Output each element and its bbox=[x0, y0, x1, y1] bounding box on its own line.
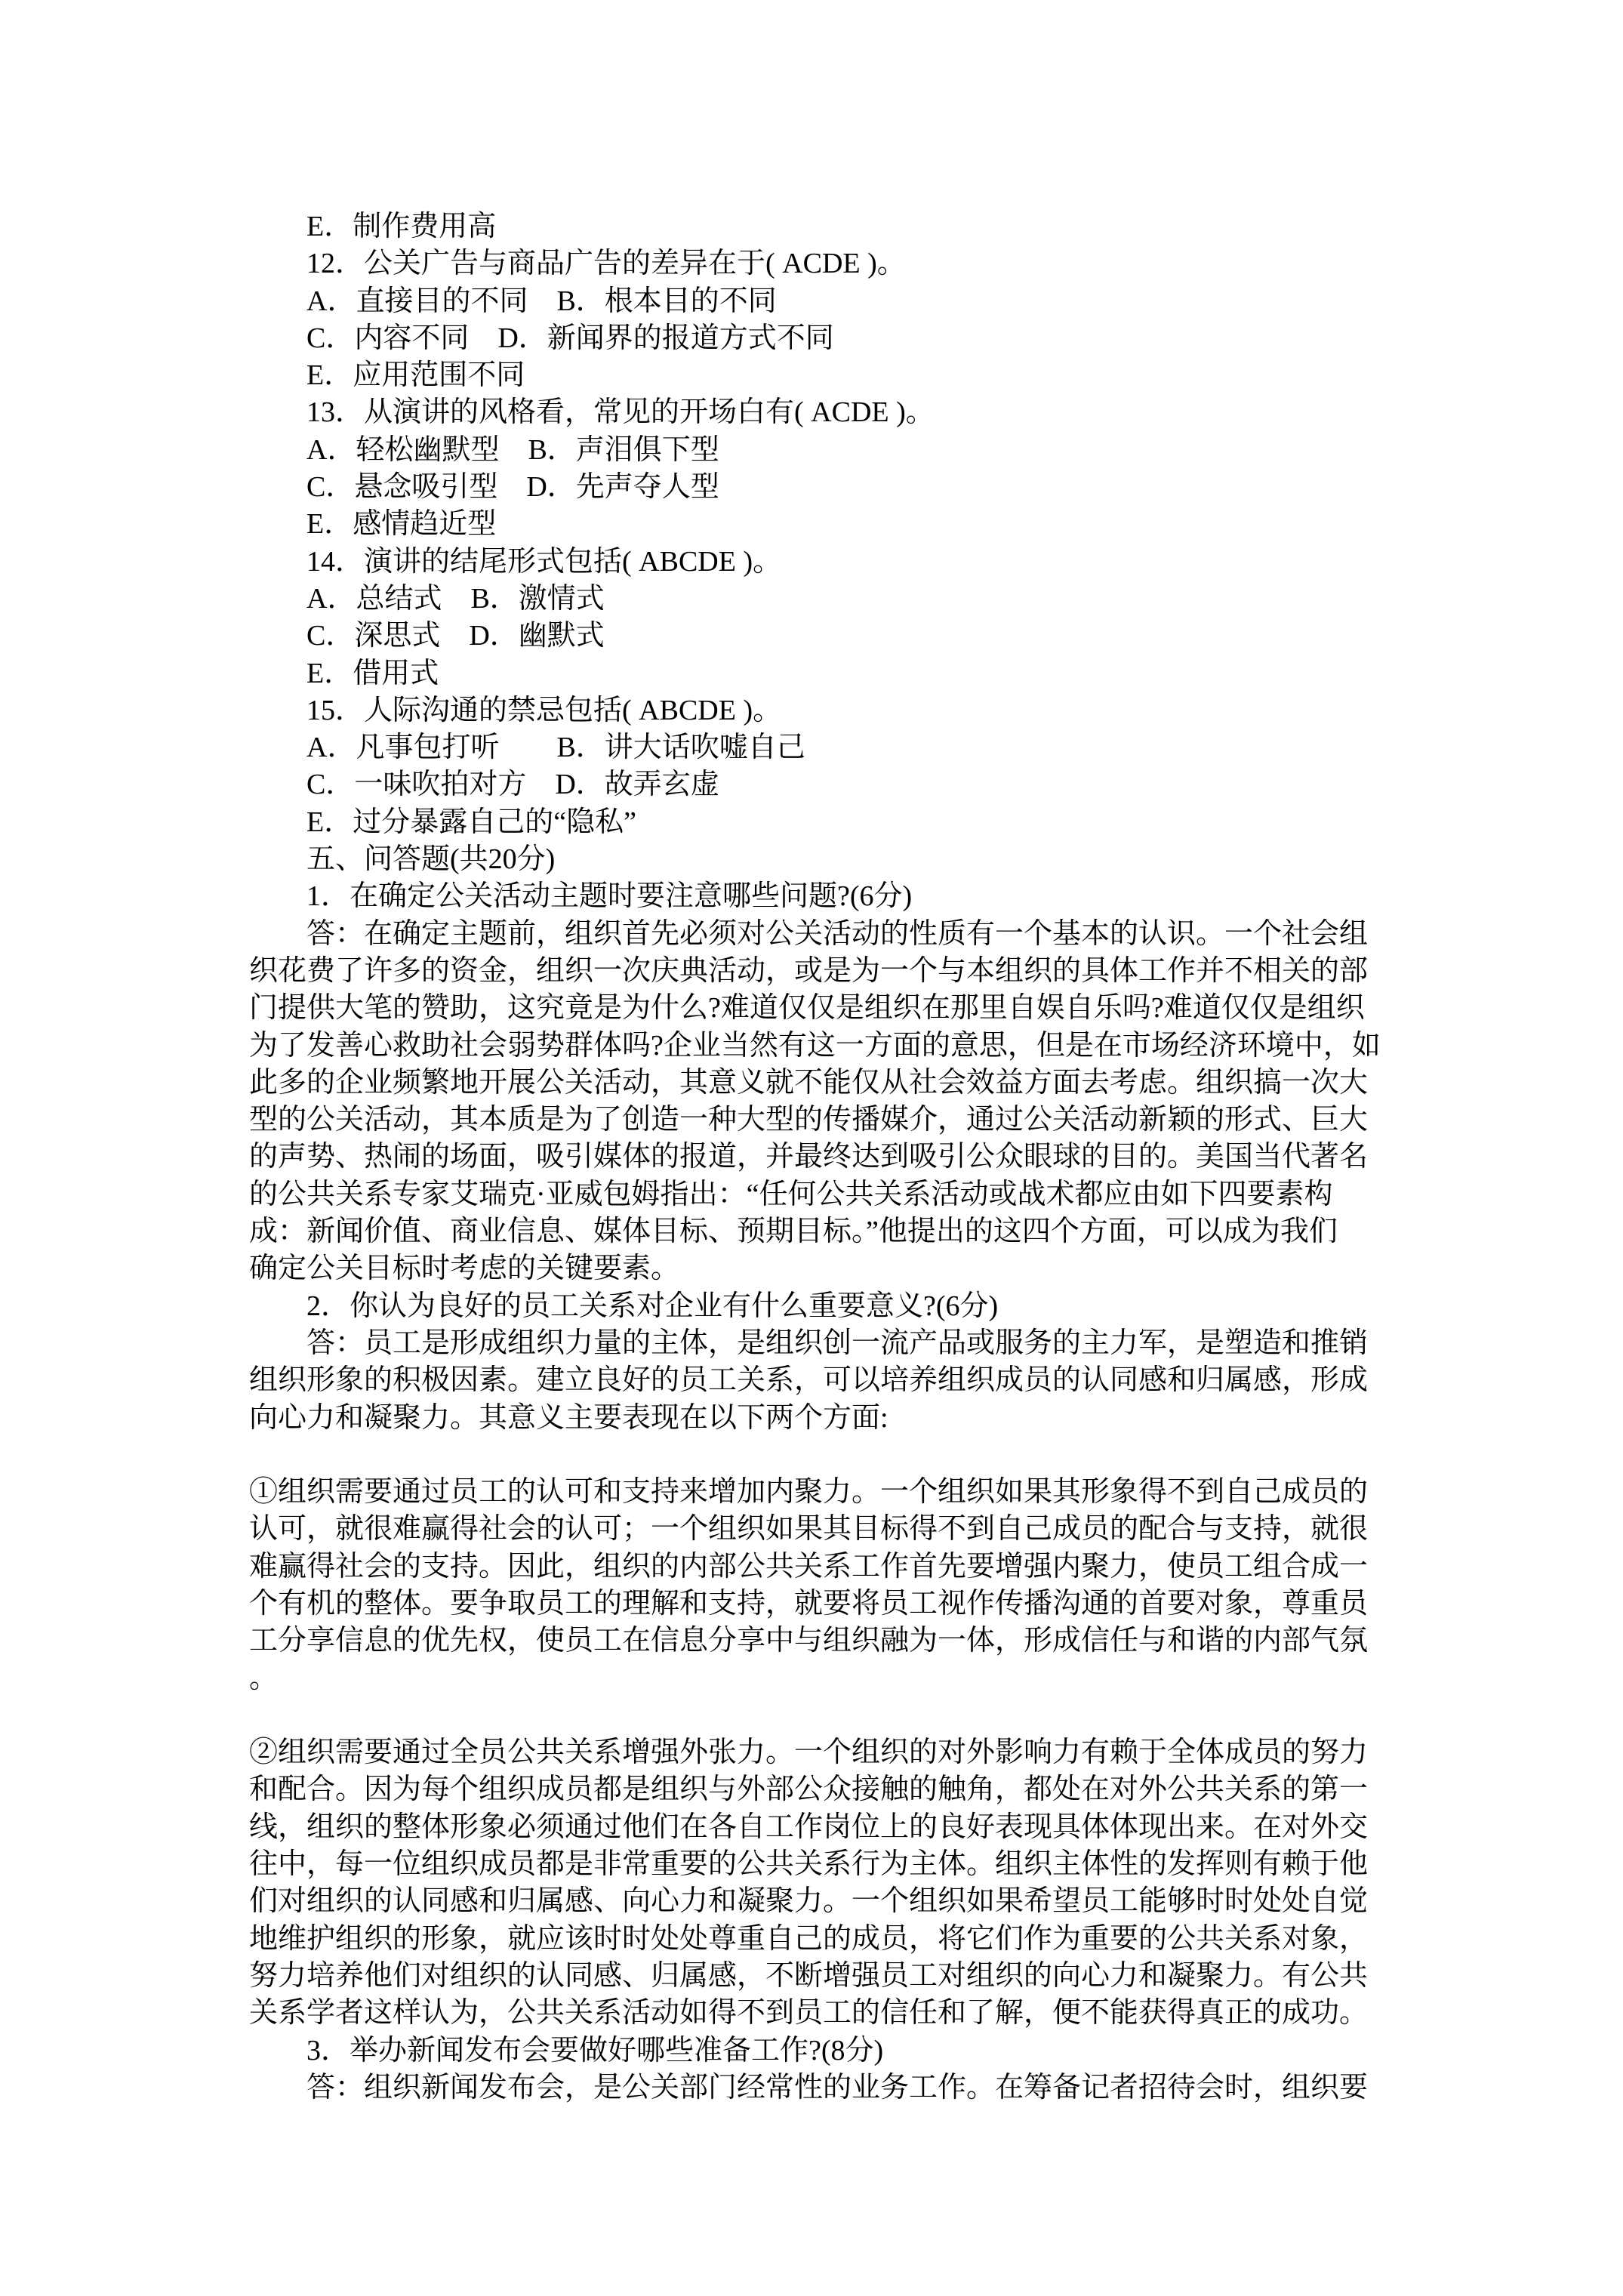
text-line: 向心力和凝聚力。其意义主要表现在以下两个方面: bbox=[249, 1400, 1374, 1437]
text-line: 的公共关系专家艾瑞克·亚威包姆指出：“任何公共关系活动或战术都应由如下四要素构 bbox=[249, 1176, 1374, 1213]
text-line: C．内容不同 D．新闻界的报道方式不同 bbox=[249, 320, 1374, 357]
document-page: E．制作费用高12．公关广告与商品广告的差异在于( ACDE )。A．直接目的不… bbox=[0, 0, 1623, 2296]
text-line: 答：在确定主题前，组织首先必须对公关活动的性质有一个基本的认识。一个社会组 bbox=[249, 916, 1374, 953]
text-line: 3．举办新闻发布会要做好哪些准备工作?(8分) bbox=[249, 2032, 1374, 2069]
text-line: E．感情趋近型 bbox=[249, 506, 1374, 543]
text-line: 们对组织的认同感和归属感、向心力和凝聚力。一个组织如果希望员工能够时时处处自觉 bbox=[249, 1883, 1374, 1920]
text-line: 型的公关活动，其本质是为了创造一种大型的传播媒介，通过公关活动新颖的形式、巨大 bbox=[249, 1102, 1374, 1139]
text-line: E．应用范围不同 bbox=[249, 357, 1374, 394]
text-line: 此多的企业频繁地开展公关活动，其意义就不能仅从社会效益方面去考虑。组织搞一次大 bbox=[249, 1065, 1374, 1102]
text-line: 答：组织新闻发布会，是公关部门经常性的业务工作。在筹备记者招待会时，组织要 bbox=[249, 2069, 1374, 2106]
text-line: 14．演讲的结尾形式包括( ABCDE )。 bbox=[249, 544, 1374, 581]
text-line: C．悬念吸引型 D．先声夺人型 bbox=[249, 469, 1374, 506]
text-line: C．一味吹拍对方 D．故弄玄虚 bbox=[249, 766, 1374, 803]
text-line: 难赢得社会的支持。因此，组织的内部公共关系工作首先要增强内聚力，使员工组合成一 bbox=[249, 1549, 1374, 1586]
text-line: 组织形象的积极因素。建立良好的员工关系，可以培养组织成员的认同感和归属感，形成 bbox=[249, 1362, 1374, 1399]
text-line: 12．公关广告与商品广告的差异在于( ACDE )。 bbox=[249, 245, 1374, 282]
text-line: 和配合。因为每个组织成员都是组织与外部公众接触的触角，都处在对外公共关系的第一 bbox=[249, 1771, 1374, 1808]
text-line: 认可，就很难赢得社会的认可；一个组织如果其目标得不到自己成员的配合与支持，就很 bbox=[249, 1511, 1374, 1548]
text-line: 工分享信息的优先权，使员工在信息分享中与组织融为一体，形成信任与和谐的内部气氛 bbox=[249, 1623, 1374, 1660]
text-line: E．过分暴露自己的“隐私” bbox=[249, 804, 1374, 841]
text-line: 门提供大笔的赞助，这究竟是为什么?难道仅仅是组织在那里自娱自乐吗?难道仅仅是组织 bbox=[249, 990, 1374, 1027]
text-line: 努力培养他们对组织的认同感、归属感，不断增强员工对组织的向心力和凝聚力。有公共 bbox=[249, 1958, 1374, 1995]
blank-line bbox=[249, 1697, 1374, 1734]
text-line: 确定公关目标时考虑的关键要素。 bbox=[249, 1250, 1374, 1287]
text-line: A．直接目的不同 B．根本目的不同 bbox=[249, 283, 1374, 320]
text-line: 13．从演讲的风格看，常见的开场白有( ACDE )。 bbox=[249, 394, 1374, 431]
text-line: 2．你认为良好的员工关系对企业有什么重要意义?(6分) bbox=[249, 1288, 1374, 1325]
text-line: 成：新闻价值、商业信息、媒体目标、预期目标。”他提出的这四个方面，可以成为我们 bbox=[249, 1213, 1374, 1250]
text-line: 五、问答题(共20分) bbox=[249, 841, 1374, 878]
text-line: 的声势、热闹的场面，吸引媒体的报道，并最终达到吸引公众眼球的目的。美国当代著名 bbox=[249, 1139, 1374, 1176]
text-line: E．制作费用高 bbox=[249, 208, 1374, 245]
text-line: 15．人际沟通的禁忌包括( ABCDE )。 bbox=[249, 692, 1374, 729]
text-line: 。 bbox=[249, 1660, 1374, 1697]
text-lines: E．制作费用高12．公关广告与商品广告的差异在于( ACDE )。A．直接目的不… bbox=[249, 208, 1374, 2106]
text-line: E．借用式 bbox=[249, 655, 1374, 692]
text-line: A．轻松幽默型 B．声泪俱下型 bbox=[249, 432, 1374, 469]
text-line: ①组织需要通过员工的认可和支持来增加内聚力。一个组织如果其形象得不到自己成员的 bbox=[249, 1474, 1374, 1511]
text-line: A．总结式 B．激情式 bbox=[249, 581, 1374, 618]
text-line: 织花费了许多的资金，组织一次庆典活动，或是为一个与本组织的具体工作并不相关的部 bbox=[249, 953, 1374, 990]
text-line: 个有机的整体。要争取员工的理解和支持，就要将员工视作传播沟通的首要对象，尊重员 bbox=[249, 1586, 1374, 1623]
text-line: 关系学者这样认为，公共关系活动如得不到员工的信任和了解，便不能获得真正的成功。 bbox=[249, 1995, 1374, 2032]
text-line: 线，组织的整体形象必须通过他们在各自工作岗位上的良好表现具体体现出来。在对外交 bbox=[249, 1809, 1374, 1846]
text-line: 1．在确定公关活动主题时要注意哪些问题?(6分) bbox=[249, 878, 1374, 915]
text-line: 为了发善心救助社会弱势群体吗?企业当然有这一方面的意思，但是在市场经济环境中，如 bbox=[249, 1028, 1374, 1065]
text-line: 答：员工是形成组织力量的主体，是组织创一流产品或服务的主力军，是塑造和推销 bbox=[249, 1325, 1374, 1362]
text-line: ②组织需要通过全员公共关系增强外张力。一个组织的对外影响力有赖于全体成员的努力 bbox=[249, 1734, 1374, 1771]
text-line: A．凡事包打听 B．讲大话吹嘘自己 bbox=[249, 729, 1374, 766]
text-line: 往中，每一位组织成员都是非常重要的公共关系行为主体。组织主体性的发挥则有赖于他 bbox=[249, 1846, 1374, 1883]
text-line: C．深思式 D．幽默式 bbox=[249, 618, 1374, 655]
blank-line bbox=[249, 1437, 1374, 1474]
text-line: 地维护组织的形象，就应该时时处处尊重自己的成员，将它们作为重要的公共关系对象， bbox=[249, 1921, 1374, 1958]
